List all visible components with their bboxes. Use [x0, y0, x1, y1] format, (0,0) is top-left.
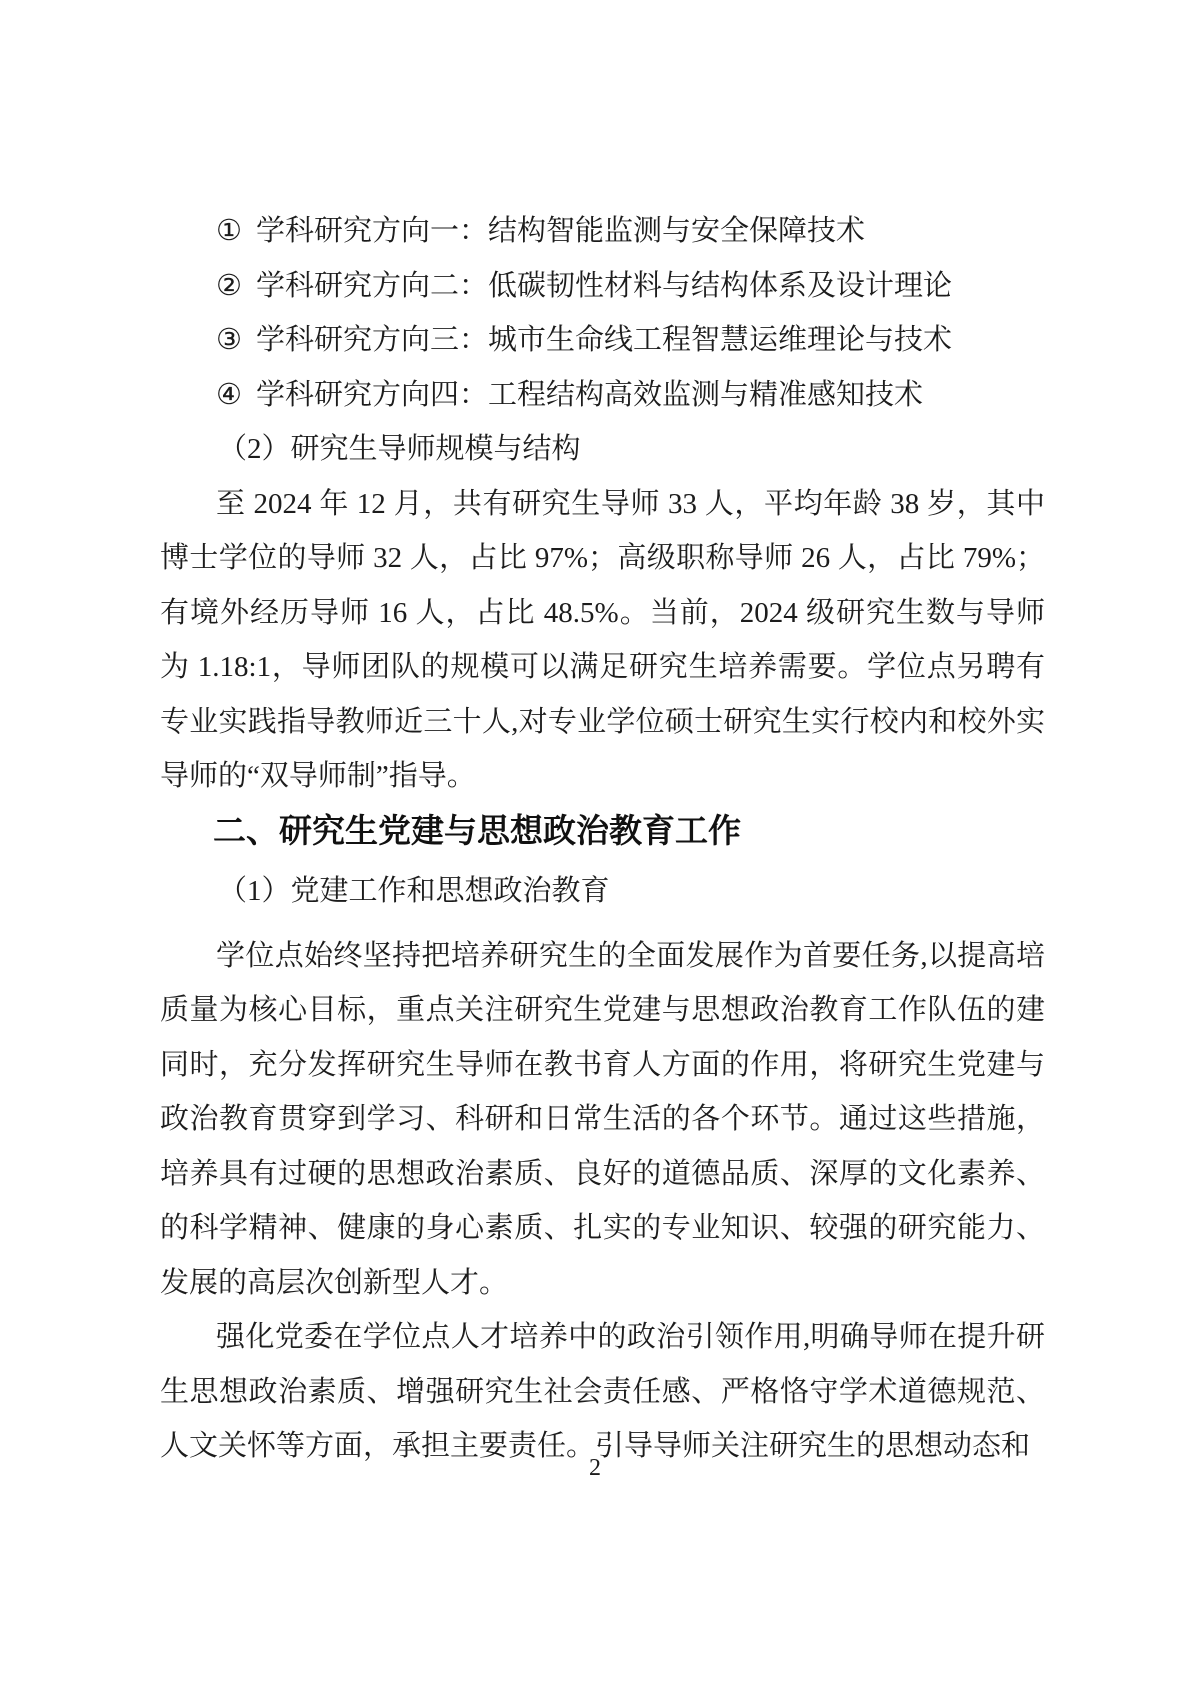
- text-line: 同时，充分发挥研究生导师在教书育人方面的作用，将研究生党建与思想: [160, 1038, 1045, 1093]
- text-line: 博士学位的导师 32 人，占比 97%；高级职称导师 26 人，占比 79%；具: [160, 531, 1045, 586]
- paragraph-party-education: 学位点始终坚持把培养研究生的全面发展作为首要任务,以提高培养质量为核心目标，重点…: [160, 929, 1045, 1311]
- subheading-party-education: （1）党建工作和思想政治教育: [160, 864, 1045, 919]
- text-line: 至 2024 年 12 月，共有研究生导师 33 人，平均年龄 38 岁，其中具…: [160, 477, 1045, 532]
- text-line: 的科学精神、健康的身心素质、扎实的专业知识、较强的研究能力、全面: [160, 1201, 1045, 1256]
- text-line: 为 1.18:1，导师团队的规模可以满足研究生培养需要。学位点另聘有校外: [160, 640, 1045, 695]
- research-direction-list: ①学科研究方向一：结构智能监测与安全保障技术②学科研究方向二：低碳韧性材料与结构…: [160, 204, 1045, 422]
- circled-number-marker: ①: [216, 215, 242, 247]
- page-footer: 2: [0, 1448, 1190, 1488]
- research-direction-item: ①学科研究方向一：结构智能监测与安全保障技术: [160, 204, 1045, 259]
- research-direction-text: 学科研究方向二：低碳韧性材料与结构体系及设计理论: [256, 270, 952, 302]
- research-direction-item: ③学科研究方向三：城市生命线工程智慧运维理论与技术: [160, 313, 1045, 368]
- research-direction-item: ④学科研究方向四：工程结构高效监测与精准感知技术: [160, 368, 1045, 423]
- text-line: 学位点始终坚持把培养研究生的全面发展作为首要任务,以提高培养: [160, 929, 1045, 984]
- research-direction-text: 学科研究方向四：工程结构高效监测与精准感知技术: [256, 379, 923, 411]
- text-line: 质量为核心目标，重点关注研究生党建与思想政治教育工作队伍的建设。: [160, 983, 1045, 1038]
- text-line: 发展的高层次创新型人才。: [160, 1256, 1045, 1311]
- page-number: 2: [589, 1455, 601, 1481]
- research-direction-text: 学科研究方向三：城市生命线工程智慧运维理论与技术: [256, 324, 952, 356]
- text-line: 培养具有过硬的思想政治素质、良好的道德品质、深厚的文化素养、严谨: [160, 1147, 1045, 1202]
- text-line: 有境外经历导师 16 人，占比 48.5%。当前，2024 级研究生数与导师数比: [160, 586, 1045, 641]
- research-direction-item: ②学科研究方向二：低碳韧性材料与结构体系及设计理论: [160, 259, 1045, 314]
- circled-number-marker: ④: [216, 379, 242, 411]
- circled-number-marker: ③: [216, 324, 242, 356]
- page-content: ①学科研究方向一：结构智能监测与安全保障技术②学科研究方向二：低碳韧性材料与结构…: [160, 204, 1045, 1474]
- section-heading-party-building: 二、研究生党建与思想政治教育工作: [160, 804, 1045, 859]
- subheading-mentor-scale: （2）研究生导师规模与结构: [160, 422, 1045, 477]
- circled-number-marker: ②: [216, 270, 242, 302]
- text-line: 专业实践指导教师近三十人,对专业学位硕士研究生实行校内和校外实践: [160, 695, 1045, 750]
- text-line: 政治教育贯穿到学习、科研和日常生活的各个环节。通过这些措施，努力: [160, 1092, 1045, 1147]
- research-direction-text: 学科研究方向一：结构智能监测与安全保障技术: [256, 215, 865, 247]
- text-line: 生思想政治素质、增强研究生社会责任感、严格恪守学术道德规范、注重: [160, 1365, 1045, 1420]
- paragraph-mentor-scale: 至 2024 年 12 月，共有研究生导师 33 人，平均年龄 38 岁，其中具…: [160, 477, 1045, 804]
- text-line: 强化党委在学位点人才培养中的政治引领作用,明确导师在提升研究: [160, 1310, 1045, 1365]
- document-page: ①学科研究方向一：结构智能监测与安全保障技术②学科研究方向二：低碳韧性材料与结构…: [0, 0, 1190, 1683]
- text-line: 导师的“双导师制”指导。: [160, 749, 1045, 804]
